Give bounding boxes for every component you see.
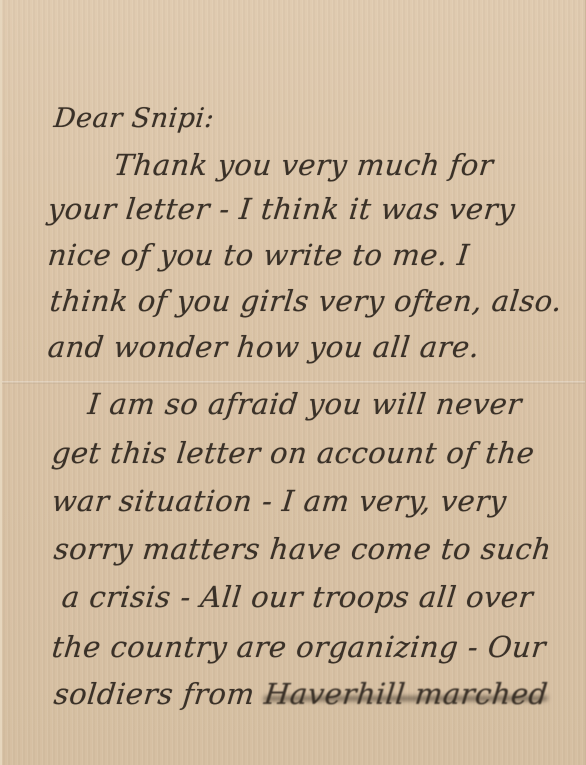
letter-line-1: Thank you very much for <box>112 148 495 182</box>
fold-crease <box>2 381 585 384</box>
letter-line-12: soldiers from Haverhill marched <box>52 677 549 711</box>
letter-line-4: think of you girls very often, also. <box>48 284 564 318</box>
last-line-text: soldiers from <box>52 677 256 711</box>
letter-line-7: get this letter on account of the <box>50 436 536 470</box>
letter-line-11: the country are organizing - Our <box>50 630 547 664</box>
letter-line-10: a crisis - All our troops all over <box>60 580 535 614</box>
salutation: Dear Snipi: <box>52 103 216 134</box>
letter-line-5: and wonder how you all are. <box>46 330 481 364</box>
letter-line-8: war situation - I am very, very <box>50 484 508 518</box>
struck-out-text: Haverhill marched <box>263 677 550 711</box>
letter-line-2: your letter - I think it was very <box>46 192 517 226</box>
letter-line-6: I am so afraid you will never <box>86 387 523 421</box>
letter-page: Dear Snipi: Thank you very much for your… <box>0 0 586 765</box>
letter-line-9: sorry matters have come to such <box>52 532 553 566</box>
letter-line-3: nice of you to write to me. I <box>46 238 471 272</box>
